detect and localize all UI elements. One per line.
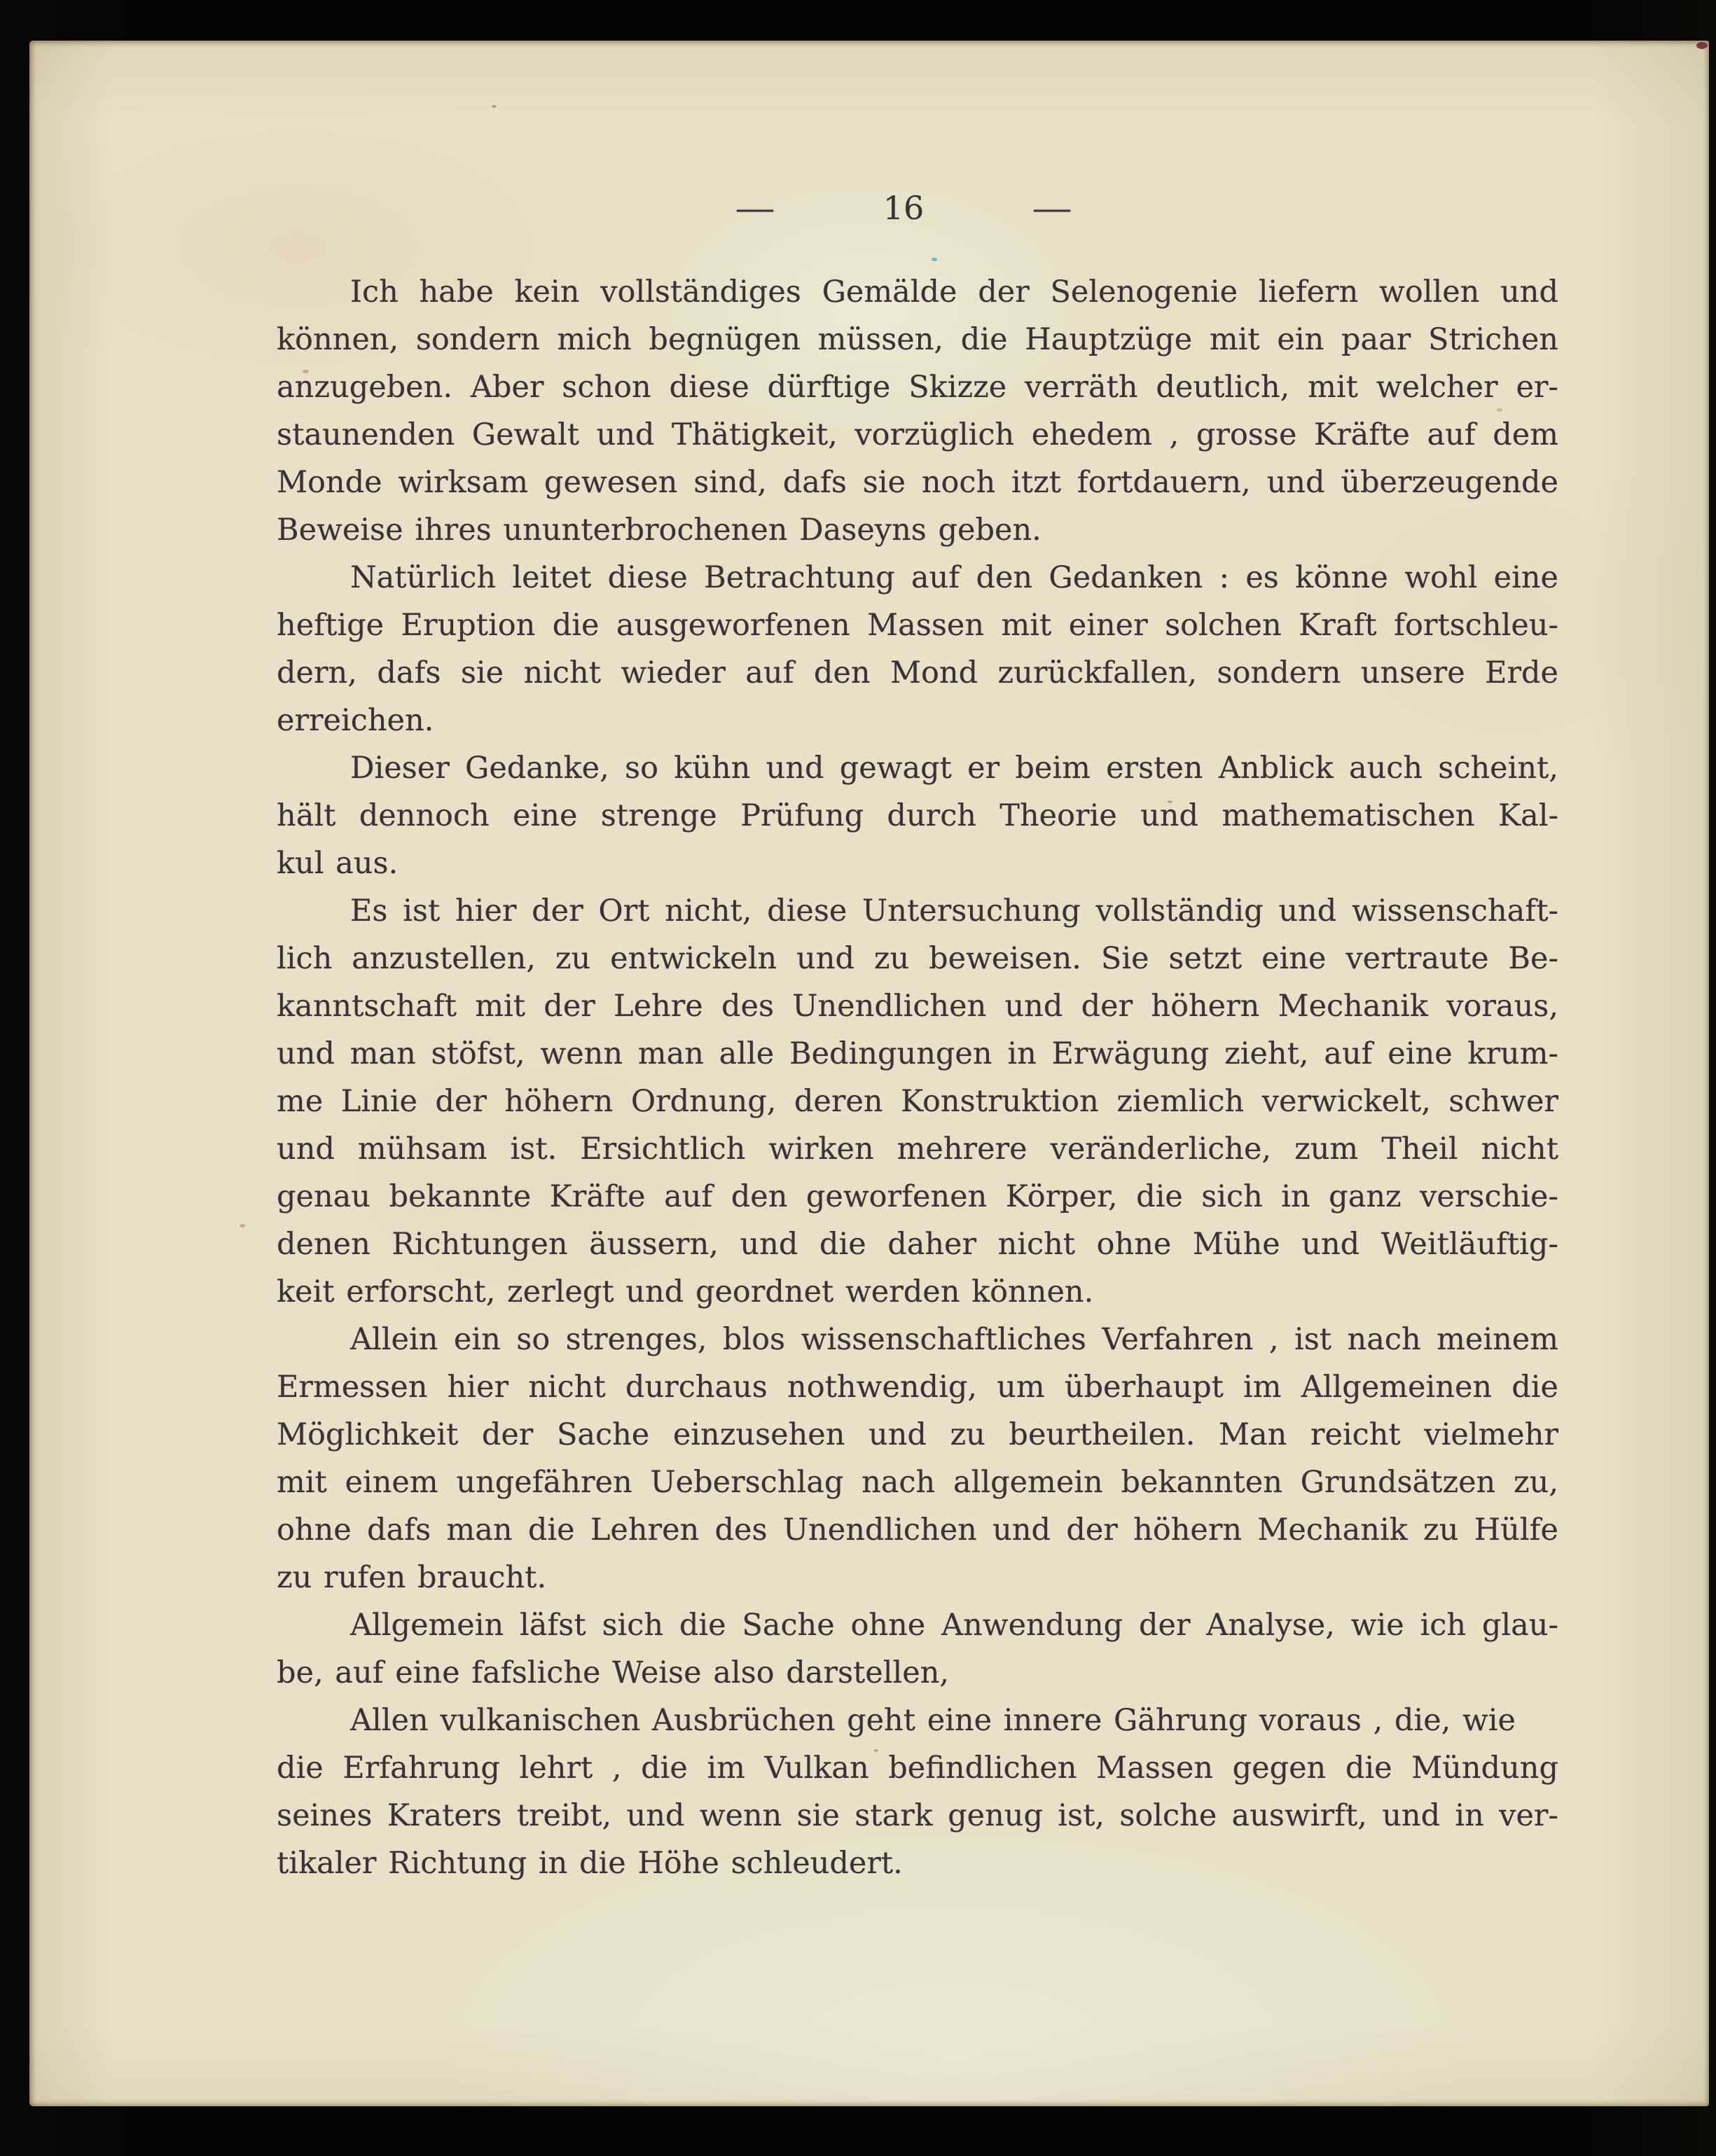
paper-speck [1696,42,1708,49]
text-line: tikaler Richtung in die Höhe schleudert. [277,1839,1558,1887]
paragraph: Natürlich leitet diese Betrachtung auf d… [277,554,1558,744]
text-line: anzugeben. Aber schon diese dürftige Ski… [277,363,1558,411]
text-line: können, sondern mich begnügen müssen, di… [277,316,1558,363]
text-line: dern, dafs sie nicht wieder auf den Mond… [277,649,1558,697]
text-line: Ermessen hier nicht durchaus nothwendig,… [277,1363,1558,1411]
text-line: und mühsam ist. Ersichtlich wirken mehre… [277,1125,1558,1173]
text-line: genau bekannte Kräfte auf den geworfenen… [277,1173,1558,1220]
paragraph: Es ist hier der Ort nicht, diese Untersu… [277,887,1558,1316]
text-line: seines Kraters treibt, und wenn sie star… [277,1792,1558,1839]
text-line: hält dennoch eine strenge Prüfung durch … [277,792,1558,840]
text-line: Natürlich leitet diese Betrachtung auf d… [277,554,1558,601]
text-line: Es ist hier der Ort nicht, diese Untersu… [277,887,1558,935]
text-line: me Linie der höhern Ordnung, deren Konst… [277,1078,1558,1125]
paper-speck [492,105,497,108]
text-line: zu rufen braucht. [277,1554,1558,1601]
text-line: Möglichkeit der Sache einzusehen und zu … [277,1411,1558,1459]
paragraph: Allein ein so strenges, blos wissenschaf… [277,1316,1558,1601]
text-line: und man stöfst, wenn man alle Bedingunge… [277,1030,1558,1078]
text-block: — 16 — Ich habe kein vollständiges Gemäl… [277,184,1558,1887]
text-line: ohne dafs man die Lehren des Unendlichen… [277,1506,1558,1554]
text-line: Allen vulkanischen Ausbrüchen geht eine … [277,1697,1558,1744]
text-line: keit erforscht, zerlegt und geordnet wer… [277,1268,1558,1316]
header-dash-left: — [735,189,775,227]
page-header: — 16 — [263,184,1544,232]
text-line: staunenden Gewalt und Thätigkeit, vorzüg… [277,411,1558,459]
text-line: Allgemein läfst sich die Sache ohne Anwe… [277,1601,1558,1649]
text-line: kul aus. [277,840,1558,887]
text-line: be, auf eine fafsliche Weise also darste… [277,1649,1558,1697]
page-number: 16 [883,189,925,227]
paragraph: Dieser Gedanke, so kühn und gewagt er be… [277,744,1558,887]
page-body-text: Ich habe kein vollständiges Gemälde der … [277,268,1558,1887]
text-line: Ich habe kein vollständiges Gemälde der … [277,268,1558,316]
text-line: Beweise ihres ununterbrochenen Daseyns g… [277,506,1558,554]
text-line: die Erfahrung lehrt , die im Vulkan befi… [277,1744,1558,1792]
text-line: Monde wirksam gewesen sind, dafs sie noc… [277,459,1558,506]
text-line: erreichen. [277,697,1558,744]
header-dash-right: — [1032,189,1073,227]
paragraph: Allgemein läfst sich die Sache ohne Anwe… [277,1601,1558,1744]
text-line: lich anzustellen, zu entwickeln und zu b… [277,935,1558,982]
paragraph: die Erfahrung lehrt , die im Vulkan befi… [277,1744,1558,1887]
text-line: kanntschaft mit der Lehre des Unendliche… [277,982,1558,1030]
text-line: mit einem ungefähren Ueberschlag nach al… [277,1459,1558,1506]
text-line: denen Richtungen äussern, und die daher … [277,1220,1558,1268]
text-line: Dieser Gedanke, so kühn und gewagt er be… [277,744,1558,792]
text-line: heftige Eruption die ausgeworfenen Masse… [277,601,1558,649]
paper-speck [240,1224,245,1227]
text-line: Allein ein so strenges, blos wissenschaf… [277,1316,1558,1363]
book-page: — 16 — Ich habe kein vollständiges Gemäl… [29,41,1709,2106]
paragraph: Ich habe kein vollständiges Gemälde der … [277,268,1558,554]
